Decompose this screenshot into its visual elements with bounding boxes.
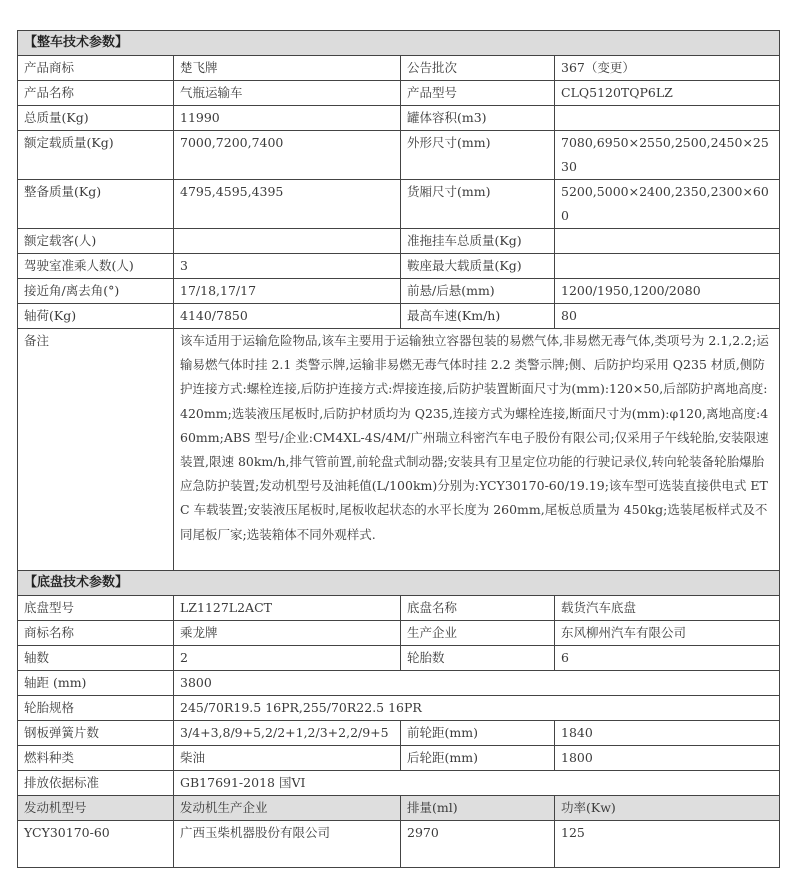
field-label: 后轮距(mm) [401,746,555,771]
table-row: 额定载客(人) 准拖挂车总质量(Kg) [18,229,780,254]
table-row: 商标名称 乘龙牌 生产企业 东风柳州汽车有限公司 [18,621,780,646]
field-value: 载货汽车底盘 [555,596,780,621]
field-label: 驾驶室准乘人数(人) [18,254,174,279]
table-row: 总质量(Kg) 11990 罐体容积(m3) [18,106,780,131]
field-label: 产品商标 [18,56,174,81]
table-row: 排放依据标准 GB17691-2018 国VI [18,771,780,796]
vehicle-section-header: 【整车技术参数】 [18,31,780,56]
field-value [174,229,401,254]
engine-displacement: 2970 [401,821,555,868]
field-value: 3/4+3,8/9+5,2/2+1,2/3+2,2/9+5 [174,721,401,746]
field-value: 楚飞牌 [174,56,401,81]
field-value: 17/18,17/17 [174,279,401,304]
engine-header-row: 发动机型号 发动机生产企业 排量(ml) 功率(Kw) [18,796,780,821]
section-title: 【整车技术参数】 [18,31,780,56]
column-header: 排量(ml) [401,796,555,821]
field-value: 东风柳州汽车有限公司 [555,621,780,646]
field-label: 轴距 (mm) [18,671,174,696]
field-value: 柴油 [174,746,401,771]
chassis-section-header: 【底盘技术参数】 [18,571,780,596]
field-value: 367（变更） [555,56,780,81]
engine-row: YCY30170-60 广西玉柴机器股份有限公司 2970 125 [18,821,780,868]
field-label: 轮胎数 [401,646,555,671]
column-header: 发动机生产企业 [174,796,401,821]
field-label: 生产企业 [401,621,555,646]
field-label: 准拖挂车总质量(Kg) [401,229,555,254]
field-value: 11990 [174,106,401,131]
field-value: 1800 [555,746,780,771]
field-value: 乘龙牌 [174,621,401,646]
field-label: 货厢尺寸(mm) [401,180,555,229]
table-row: 产品商标 楚飞牌 公告批次 367（变更） [18,56,780,81]
table-row: 轴荷(Kg) 4140/7850 最高车速(Km/h) 80 [18,304,780,329]
field-value [555,254,780,279]
field-label: 最高车速(Km/h) [401,304,555,329]
field-value: 3 [174,254,401,279]
table-row: 钢板弹簧片数 3/4+3,8/9+5,2/2+1,2/3+2,2/9+5 前轮距… [18,721,780,746]
field-label: 公告批次 [401,56,555,81]
field-label: 额定载质量(Kg) [18,131,174,180]
table-row: 燃料种类 柴油 后轮距(mm) 1800 [18,746,780,771]
table-row: 轴数 2 轮胎数 6 [18,646,780,671]
field-label: 整备质量(Kg) [18,180,174,229]
field-value: 7080,6950×2550,2500,2450×2530 [555,131,780,180]
field-value: CLQ5120TQP6LZ [555,81,780,106]
column-header: 发动机型号 [18,796,174,821]
field-value: 2 [174,646,401,671]
table-row: 轮胎规格 245/70R19.5 16PR,255/70R22.5 16PR [18,696,780,721]
field-label: 前悬/后悬(mm) [401,279,555,304]
remarks-label: 备注 [18,329,174,571]
field-value: 4140/7850 [174,304,401,329]
table-row: 驾驶室准乘人数(人) 3 鞍座最大载质量(Kg) [18,254,780,279]
field-label: 轴荷(Kg) [18,304,174,329]
table-row: 额定载质量(Kg) 7000,7200,7400 外形尺寸(mm) 7080,6… [18,131,780,180]
field-label: 总质量(Kg) [18,106,174,131]
field-label: 鞍座最大载质量(Kg) [401,254,555,279]
field-value: 80 [555,304,780,329]
field-value: LZ1127L2ACT [174,596,401,621]
field-label: 轴数 [18,646,174,671]
field-label: 罐体容积(m3) [401,106,555,131]
field-value: 气瓶运输车 [174,81,401,106]
field-value: 5200,5000×2400,2350,2300×600 [555,180,780,229]
field-label: 前轮距(mm) [401,721,555,746]
table-row: 底盘型号 LZ1127L2ACT 底盘名称 载货汽车底盘 [18,596,780,621]
engine-maker: 广西玉柴机器股份有限公司 [174,821,401,868]
field-value [555,106,780,131]
field-label: 产品型号 [401,81,555,106]
field-value [555,229,780,254]
field-label: 商标名称 [18,621,174,646]
table-row: 整备质量(Kg) 4795,4595,4395 货厢尺寸(mm) 5200,50… [18,180,780,229]
field-label: 排放依据标准 [18,771,174,796]
field-label: 燃料种类 [18,746,174,771]
engine-power: 125 [555,821,780,868]
field-value: 1200/1950,1200/2080 [555,279,780,304]
section-title: 【底盘技术参数】 [18,571,780,596]
field-label: 额定载客(人) [18,229,174,254]
field-value: 7000,7200,7400 [174,131,401,180]
table-row: 产品名称 气瓶运输车 产品型号 CLQ5120TQP6LZ [18,81,780,106]
field-value: 3800 [174,671,780,696]
field-label: 轮胎规格 [18,696,174,721]
column-header: 功率(Kw) [555,796,780,821]
field-label: 外形尺寸(mm) [401,131,555,180]
spec-sheet: 【整车技术参数】 产品商标 楚飞牌 公告批次 367（变更） 产品名称 气瓶运输… [17,30,779,868]
field-value: 6 [555,646,780,671]
field-value: 4795,4595,4395 [174,180,401,229]
field-value: 245/70R19.5 16PR,255/70R22.5 16PR [174,696,780,721]
spec-table: 【整车技术参数】 产品商标 楚飞牌 公告批次 367（变更） 产品名称 气瓶运输… [17,30,780,868]
table-row: 接近角/离去角(°) 17/18,17/17 前悬/后悬(mm) 1200/19… [18,279,780,304]
engine-model: YCY30170-60 [18,821,174,868]
field-value: GB17691-2018 国VI [174,771,780,796]
table-row: 轴距 (mm) 3800 [18,671,780,696]
field-label: 接近角/离去角(°) [18,279,174,304]
field-label: 底盘型号 [18,596,174,621]
field-value: 1840 [555,721,780,746]
field-label: 产品名称 [18,81,174,106]
remarks-text: 该车适用于运输危险物品,该车主要用于运输独立容器包装的易燃气体,非易燃无毒气体,… [174,329,780,571]
remarks-row: 备注 该车适用于运输危险物品,该车主要用于运输独立容器包装的易燃气体,非易燃无毒… [18,329,780,571]
field-label: 底盘名称 [401,596,555,621]
field-label: 钢板弹簧片数 [18,721,174,746]
